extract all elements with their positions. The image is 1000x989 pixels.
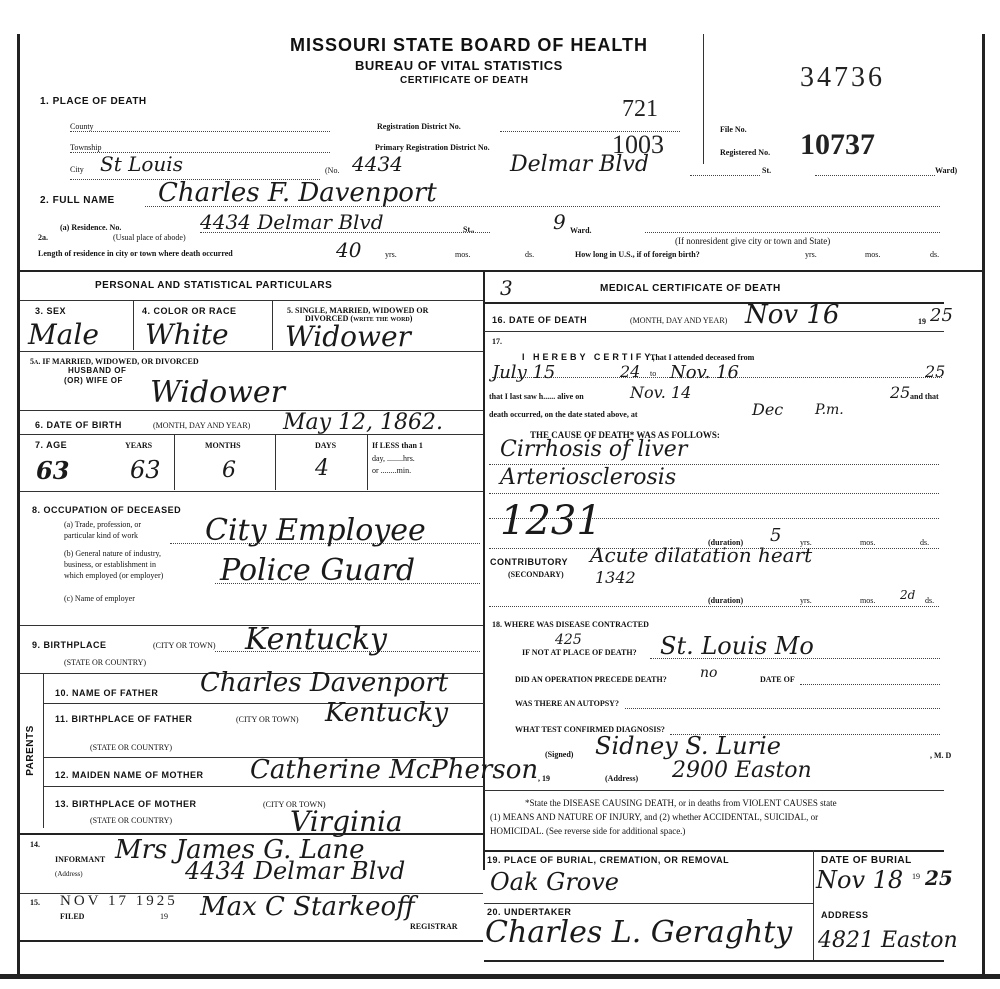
- last-saw-value: Nov. 14: [630, 383, 691, 402]
- occurred-meridiem: P.m.: [815, 402, 844, 418]
- occurred-label: death occurred, on the date stated above…: [489, 410, 638, 419]
- attended-from-year: 24: [620, 362, 640, 381]
- attended-to-value: Nov. 16: [670, 362, 739, 383]
- date-of-death-label: 16. DATE OF DEATH: [492, 315, 587, 325]
- us-mos-label: mos.: [865, 250, 880, 259]
- county-field[interactable]: County: [70, 122, 330, 132]
- district-stamp: 721: [622, 96, 658, 123]
- undertaker-address-label: ADDRESS: [821, 910, 869, 920]
- spouse-value: Widower: [150, 375, 285, 410]
- filed-nineteen: 19: [160, 912, 168, 921]
- operation-value: no: [700, 665, 717, 681]
- dob-sub-label: (MONTH, DAY AND YEAR): [153, 421, 250, 430]
- race-label: 4. COLOR OR RACE: [142, 306, 237, 316]
- residence-sub-label: (Usual place of abode): [113, 233, 186, 242]
- spouse-label-3: (OR) WIFE OF: [64, 376, 123, 385]
- date-of-death-year: 25: [930, 305, 953, 326]
- birthplace-sub-label-2: (STATE OR COUNTRY): [64, 658, 146, 667]
- st-label: St.: [762, 166, 771, 175]
- footnote-line-3: HOMICIDAL. (See reverse side for additio…: [490, 826, 685, 836]
- occupation-label: 8. OCCUPATION OF DECEASED: [32, 505, 181, 515]
- street-no-label: (No.: [325, 166, 339, 175]
- full-name-label: 2. FULL NAME: [40, 195, 115, 206]
- right-border: [982, 34, 985, 974]
- sex-divider: [133, 300, 134, 350]
- mother-birthplace-sub-label-2: (STATE OR COUNTRY): [90, 816, 172, 825]
- birthplace-label: 9. BIRTHPLACE: [32, 640, 107, 650]
- undertaker-value: Charles L. Geraghty: [485, 915, 792, 950]
- length-mos-label: mos.: [455, 250, 470, 259]
- date-of-death-year-prefix: 19: [918, 317, 926, 326]
- us-residence-label: How long in U.S., if of foreign birth?: [575, 250, 700, 259]
- length-of-residence-label: Length of residence in city or town wher…: [38, 249, 233, 258]
- nonresident-note: (If nonresident give city or town and St…: [675, 236, 830, 246]
- mother-name-value: Catherine McPherson: [250, 755, 538, 785]
- trade-label-2: particular kind of work: [64, 531, 138, 540]
- parents-divider: [43, 673, 44, 828]
- duration-label-2: (duration): [708, 596, 743, 605]
- father-name-label: 10. NAME OF FATHER: [55, 688, 158, 698]
- last-saw-year: 25: [890, 383, 910, 402]
- row12-rule: [44, 786, 484, 787]
- industry-value: Police Guard: [220, 553, 415, 588]
- state-number-stamp: 34736: [800, 62, 885, 94]
- primary-district-label: Primary Registration District No.: [375, 143, 490, 152]
- contributory-label: CONTRIBUTORY: [490, 557, 568, 567]
- duration-ds-1: ds.: [920, 538, 929, 547]
- parents-side-label: PARENTS: [25, 725, 36, 776]
- months-label: MONTHS: [205, 441, 241, 450]
- city-label: City: [70, 165, 84, 174]
- length-yrs-label: yrs.: [385, 250, 397, 259]
- city-value: St Louis: [100, 152, 183, 176]
- marital-value: Widower: [285, 320, 411, 353]
- duration-mos-1: mos.: [860, 538, 875, 547]
- where-contracted-label-2: IF NOT AT PLACE OF DEATH?: [522, 648, 637, 657]
- personal-header-rule: [20, 300, 483, 301]
- last-saw-label: that I last saw h...... alive on: [489, 392, 584, 401]
- father-birthplace-sub-label-2: (STATE OR COUNTRY): [90, 743, 172, 752]
- burial-bottom-rule: [484, 960, 944, 962]
- registration-district-label: Registration District No.: [377, 122, 461, 131]
- residence-ward: 9: [553, 210, 566, 234]
- mother-name-label: 12. MAIDEN NAME OF MOTHER: [55, 770, 204, 780]
- dob-value: May 12, 1862.: [283, 410, 443, 435]
- filed-label: FILED: [60, 912, 84, 921]
- ward-line: [815, 166, 935, 176]
- years-label: YEARS: [125, 441, 152, 450]
- burial-rule: [484, 903, 814, 904]
- sex-label: 3. SEX: [35, 306, 66, 316]
- industry-label-3: which employed (or employer): [64, 571, 163, 580]
- father-name-value: Charles Davenport: [200, 668, 448, 698]
- attended-from-value: July 15: [492, 362, 555, 383]
- personal-section-title: PERSONAL AND STATISTICAL PARTICULARS: [95, 280, 332, 291]
- medical-section-title: MEDICAL CERTIFICATE OF DEATH: [600, 283, 781, 294]
- bottom-border: [0, 974, 1000, 979]
- less-than-hrs: day, ........hrs.: [372, 454, 415, 463]
- md-label: , M. D: [930, 751, 951, 760]
- father-birthplace-label: 11. BIRTHPLACE OF FATHER: [55, 714, 192, 724]
- residence-st-label: St.,: [463, 225, 474, 234]
- item17-label: 17.: [492, 337, 502, 346]
- row15-rule: [20, 940, 483, 942]
- bureau-subtitle: BUREAU OF VITAL STATISTICS: [355, 58, 563, 73]
- birthplace-sub-label: (CITY OR TOWN): [153, 641, 216, 650]
- registered-no-label: Registered No.: [720, 148, 770, 157]
- age-divider-1: [174, 434, 175, 490]
- operation-date-line: [800, 684, 940, 685]
- footnote-line-1: *State the DISEASE CAUSING DEATH, or in …: [525, 798, 837, 808]
- residence-ward-label: Ward.: [570, 226, 592, 235]
- spouse-label-2: HUSBAND OF: [68, 366, 126, 375]
- where-contracted-code: 425: [555, 632, 582, 648]
- burial-place-value: Oak Grove: [490, 868, 619, 896]
- where-contracted-value: St. Louis Mo: [660, 632, 814, 660]
- length-years-value: 40: [336, 238, 361, 262]
- registered-number: 10737: [800, 128, 875, 162]
- less-than-min: or ........min.: [372, 466, 411, 475]
- physician-address-label: (Address): [605, 774, 638, 783]
- medical-margin-mark: 3: [500, 276, 513, 300]
- row7-rule: [20, 491, 483, 492]
- contributory-value: Acute dilatation heart: [590, 543, 812, 567]
- industry-label-2: business, or establishment in: [64, 560, 156, 569]
- duration-line-2: [489, 606, 939, 607]
- age-margin-value: 63: [36, 456, 69, 485]
- mother-birthplace-label: 13. BIRTHPLACE OF MOTHER: [55, 799, 197, 809]
- trade-label: (a) Trade, profession, or: [64, 520, 141, 529]
- street-no-value: 4434: [352, 152, 403, 176]
- contributory-duration-days: 2d: [900, 588, 915, 602]
- physician-signature: Sidney S. Lurie: [595, 732, 781, 760]
- age-days-value: 4: [315, 456, 329, 481]
- secondary-label: (SECONDARY): [508, 570, 564, 579]
- sex-value: Male: [28, 318, 99, 351]
- us-yrs-label: yrs.: [805, 250, 817, 259]
- race-divider: [272, 300, 273, 350]
- signed-label: (Signed): [545, 750, 573, 759]
- medical-header-rule: [484, 302, 944, 304]
- contributory-code: 1342: [595, 568, 636, 587]
- street-line: [690, 166, 760, 176]
- file-no-label: File No.: [720, 125, 747, 134]
- where-contracted-line: [650, 658, 940, 659]
- certify-rest: That I attended deceased from: [650, 353, 754, 362]
- burial-place-label: 19. PLACE OF BURIAL, CREMATION, OR REMOV…: [487, 855, 729, 865]
- signature-rule: [484, 790, 944, 791]
- cause-value-2: Arteriosclerosis: [500, 465, 676, 490]
- cause-value-1: Cirrhosis of liver: [500, 437, 687, 462]
- residence-prefix: 2a.: [38, 233, 48, 242]
- attended-to-label: to: [650, 369, 656, 378]
- row6-rule: [20, 434, 483, 435]
- section-divider-top: [17, 270, 984, 272]
- dob-label: 6. DATE OF BIRTH: [35, 420, 122, 430]
- date-of-death-sub-label: (MONTH, DAY AND YEAR): [630, 316, 727, 325]
- footnote-line-2: (1) MEANS AND NATURE OF INJURY, and (2) …: [490, 812, 818, 822]
- occurred-time: Dec: [752, 400, 783, 419]
- district-line: [500, 122, 680, 132]
- filed-number: 15.: [30, 898, 40, 907]
- age-months-value: 6: [222, 458, 236, 483]
- informant-address-value: 4434 Delmar Blvd: [185, 857, 405, 885]
- signed-nineteen: , 19: [538, 774, 550, 783]
- age-divider-3: [367, 434, 368, 490]
- place-of-death-label: 1. PLACE OF DEATH: [40, 96, 147, 107]
- autopsy-line: [625, 708, 940, 709]
- attended-to-year: 25: [925, 362, 945, 381]
- burial-date-label: DATE OF BURIAL: [821, 855, 912, 866]
- header-divider: [703, 34, 704, 164]
- certify-text: I HEREBY CERTIFY,: [522, 352, 658, 362]
- form-title: MISSOURI STATE BOARD OF HEALTH: [290, 35, 648, 56]
- duration-mos-2: mos.: [860, 596, 875, 605]
- length-ds-label: ds.: [525, 250, 534, 259]
- street-value: Delmar Blvd: [510, 152, 649, 177]
- row3-rule: [20, 351, 483, 352]
- ward-label: Ward): [935, 166, 957, 175]
- row16-rule: [484, 331, 944, 332]
- race-value: White: [145, 318, 229, 351]
- informant-number: 14.: [30, 840, 40, 849]
- burial-year: 25: [925, 866, 953, 890]
- where-contracted-label: 18. WHERE WAS DISEASE CONTRACTED: [492, 620, 649, 629]
- age-divider-2: [275, 434, 276, 490]
- residence-value: 4434 Delmar Blvd: [200, 210, 384, 234]
- certificate-name: CERTIFICATE OF DEATH: [400, 75, 529, 86]
- days-label: DAYS: [315, 441, 336, 450]
- autopsy-label: WAS THERE AN AUTOPSY?: [515, 699, 619, 708]
- township-label: Township: [70, 143, 101, 152]
- birthplace-value: Kentucky: [245, 622, 387, 657]
- father-birthplace-value: Kentucky: [325, 698, 448, 728]
- registrar-signature: Max C Starkeoff: [200, 892, 415, 922]
- operation-label: DID AN OPERATION PRECEDE DEATH?: [515, 675, 667, 684]
- cause-code: 1231: [500, 498, 602, 544]
- age-years-value: 63: [130, 456, 161, 484]
- spouse-label: 5a. IF MARRIED, WIDOWED, OR DIVORCED: [30, 357, 199, 366]
- undertaker-address-value: 4821 Easton: [818, 928, 958, 953]
- age-label: 7. AGE: [35, 440, 67, 450]
- operation-date-label: DATE OF: [760, 675, 795, 684]
- informant-address-label: (Address): [55, 870, 83, 878]
- county-label: County: [70, 122, 94, 131]
- employer-label: (c) Name of employer: [64, 594, 135, 603]
- us-ds-label: ds.: [930, 250, 939, 259]
- informant-label: INFORMANT: [55, 855, 105, 864]
- duration-yrs-2: yrs.: [800, 596, 812, 605]
- date-of-death-value: Nov 16: [745, 300, 839, 330]
- industry-label: (b) General nature of industry,: [64, 549, 161, 558]
- filed-date-stamp: NOV 17 1925: [60, 893, 178, 910]
- burial-date-value: Nov 18: [816, 866, 903, 894]
- and-that-label: and that: [910, 392, 939, 401]
- burial-divider: [813, 850, 814, 960]
- less-than-label: If LESS than 1: [372, 441, 423, 450]
- trade-value: City Employee: [205, 513, 426, 548]
- physician-address-value: 2900 Easton: [672, 758, 812, 783]
- residence-label: (a) Residence. No.: [60, 223, 121, 232]
- burial-year-prefix: 19: [912, 872, 920, 881]
- registrar-label: REGISTRAR: [410, 922, 458, 931]
- nonresident-line: [645, 232, 940, 233]
- cause-line-2: [489, 493, 939, 494]
- footnote-rule: [484, 850, 944, 852]
- full-name-value: Charles F. Davenport: [158, 178, 437, 208]
- father-birthplace-sub-label: (CITY OR TOWN): [236, 715, 299, 724]
- duration-ds-2: ds.: [925, 596, 934, 605]
